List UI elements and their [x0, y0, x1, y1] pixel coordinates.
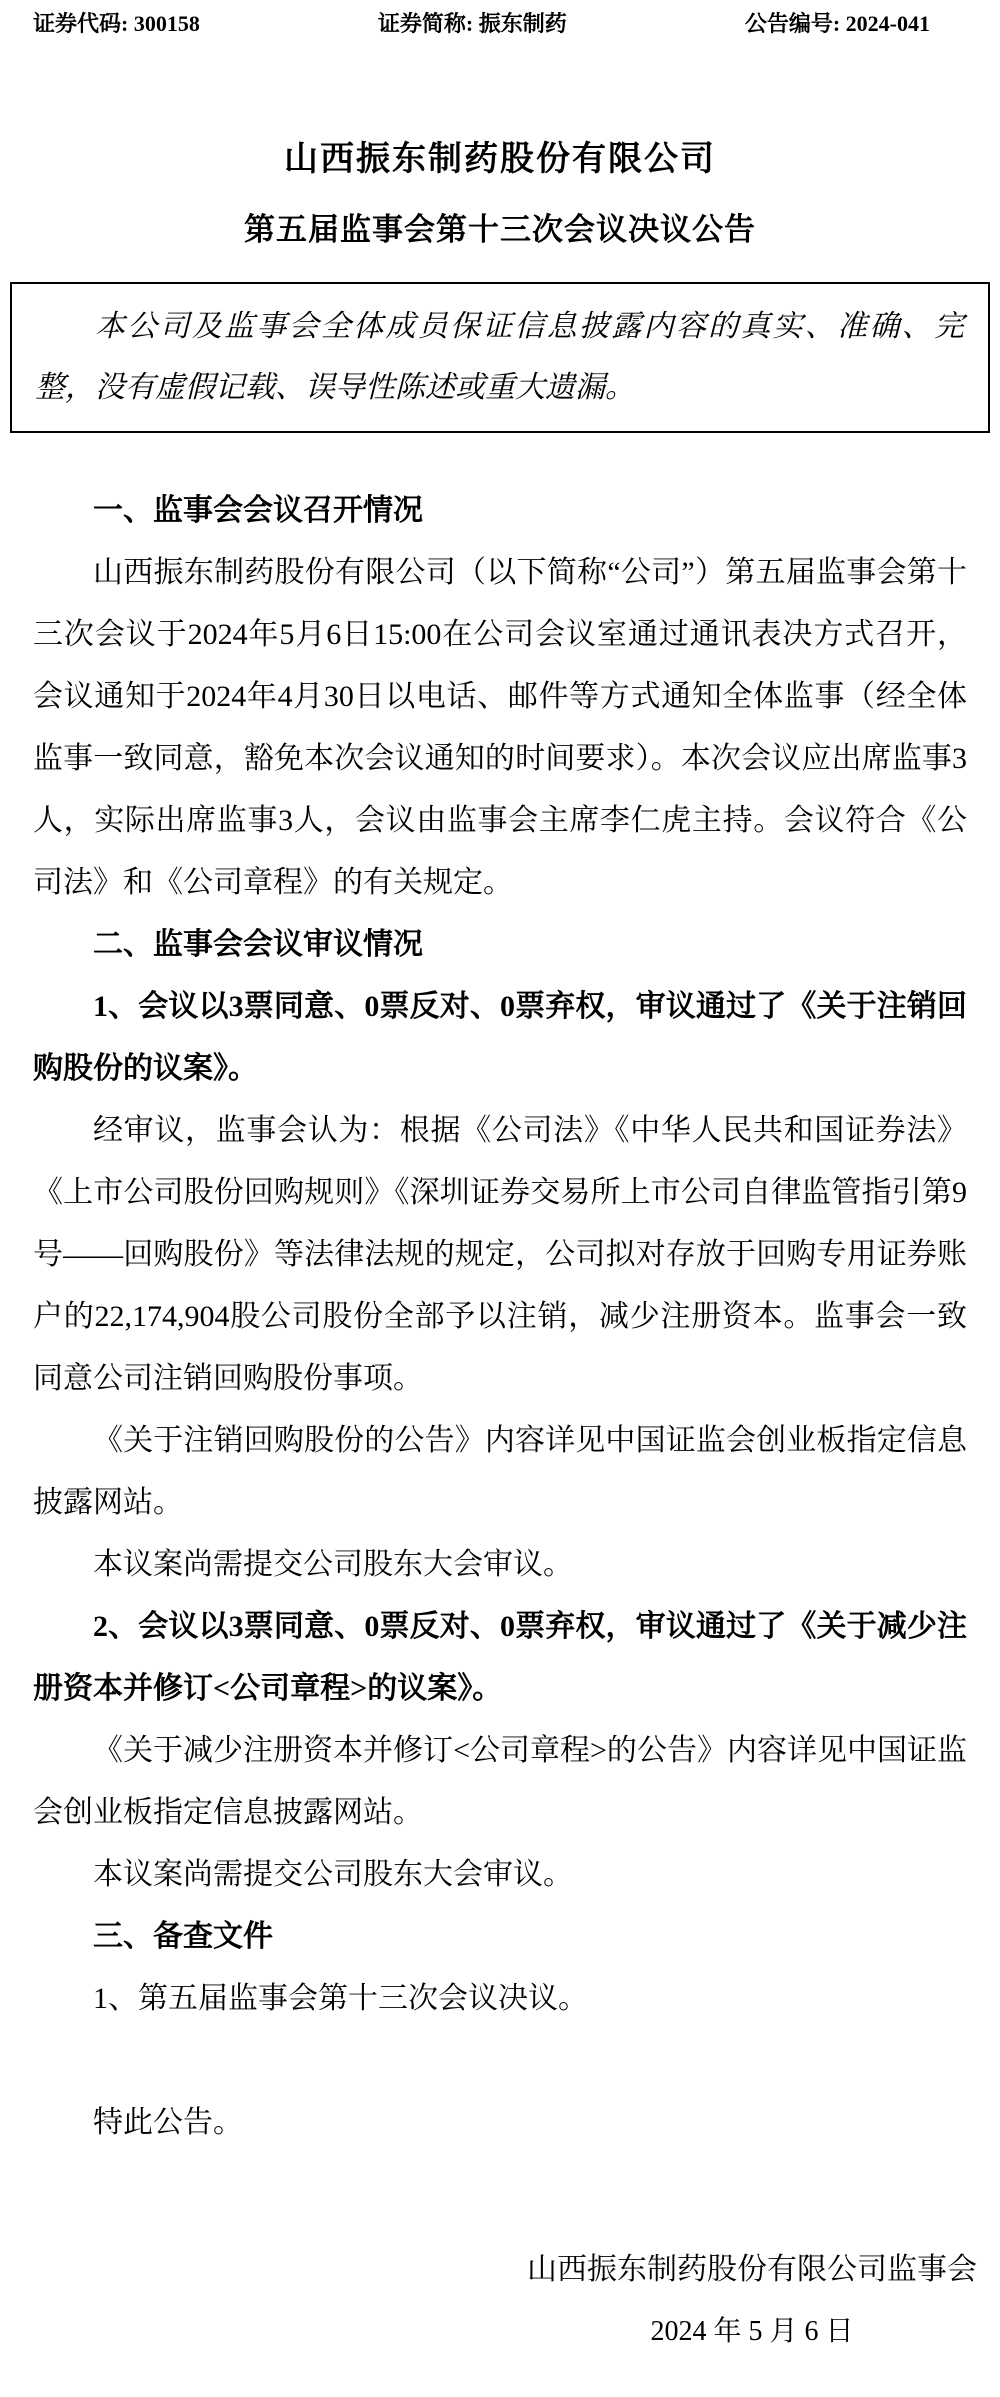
- section-heading-meeting-review: 二、监事会会议审议情况: [33, 914, 967, 976]
- paragraph-reference-document-1: 1、第五届监事会第十三次会议决议。: [33, 1968, 967, 2030]
- paragraph-resolution-2-disclosure: 《关于减少注册资本并修订<公司章程>的公告》内容详见中国证监会创业板指定信息披露…: [33, 1720, 967, 1844]
- company-title: 山西振东制药股份有限公司: [0, 138, 1000, 182]
- disclaimer-box: 本公司及监事会全体成员保证信息披露内容的真实、准确、完整，没有虚假记载、误导性陈…: [10, 282, 990, 433]
- paragraph-resolution-1-submission: 本议案尚需提交公司股东大会审议。: [33, 1534, 967, 1596]
- section-heading-reference-documents: 三、备查文件: [33, 1906, 967, 1968]
- paragraph-resolution-1-opinion: 经审议，监事会认为：根据《公司法》《中华人民共和国证券法》《上市公司股份回购规则…: [33, 1100, 967, 1410]
- disclaimer-text: 本公司及监事会全体成员保证信息披露内容的真实、准确、完整，没有虚假记载、误导性陈…: [35, 296, 964, 418]
- document-body: 一、监事会会议召开情况 山西振东制药股份有限公司（以下简称“公司”）第五届监事会…: [0, 480, 1000, 2154]
- signature-company: 山西振东制药股份有限公司监事会: [527, 2239, 977, 2301]
- paragraph-closing: 特此公告。: [33, 2092, 967, 2154]
- paragraph-resolution-2: 2、会议以3票同意、0票反对、0票弃权，审议通过了《关于减少注册资本并修订<公司…: [33, 1596, 967, 1720]
- announcement-document: 证券代码: 300158 证券简称: 振东制药 公告编号: 2024-041 山…: [0, 0, 1000, 2397]
- stock-short-name: 证券简称: 振东制药: [378, 10, 567, 38]
- section-heading-meeting-convening: 一、监事会会议召开情况: [33, 480, 967, 542]
- paragraph-resolution-1: 1、会议以3票同意、0票反对、0票弃权，审议通过了《关于注销回购股份的议案》。: [33, 976, 967, 1100]
- document-header: 证券代码: 300158 证券简称: 振东制药 公告编号: 2024-041: [0, 0, 1000, 38]
- announcement-title: 第五届监事会第十三次会议决议公告: [0, 210, 1000, 250]
- signature-date: 2024 年 5 月 6 日: [527, 2301, 977, 2363]
- paragraph-resolution-2-submission: 本议案尚需提交公司股东大会审议。: [33, 1844, 967, 1906]
- signature-block: 山西振东制药股份有限公司监事会 2024 年 5 月 6 日: [527, 2239, 977, 2363]
- paragraph-resolution-1-disclosure: 《关于注销回购股份的公告》内容详见中国证监会创业板指定信息披露网站。: [33, 1410, 967, 1534]
- stock-code: 证券代码: 300158: [33, 10, 200, 38]
- announcement-number: 公告编号: 2024-041: [745, 10, 930, 38]
- paragraph-meeting-convening: 山西振东制药股份有限公司（以下简称“公司”）第五届监事会第十三次会议于2024年…: [33, 542, 967, 914]
